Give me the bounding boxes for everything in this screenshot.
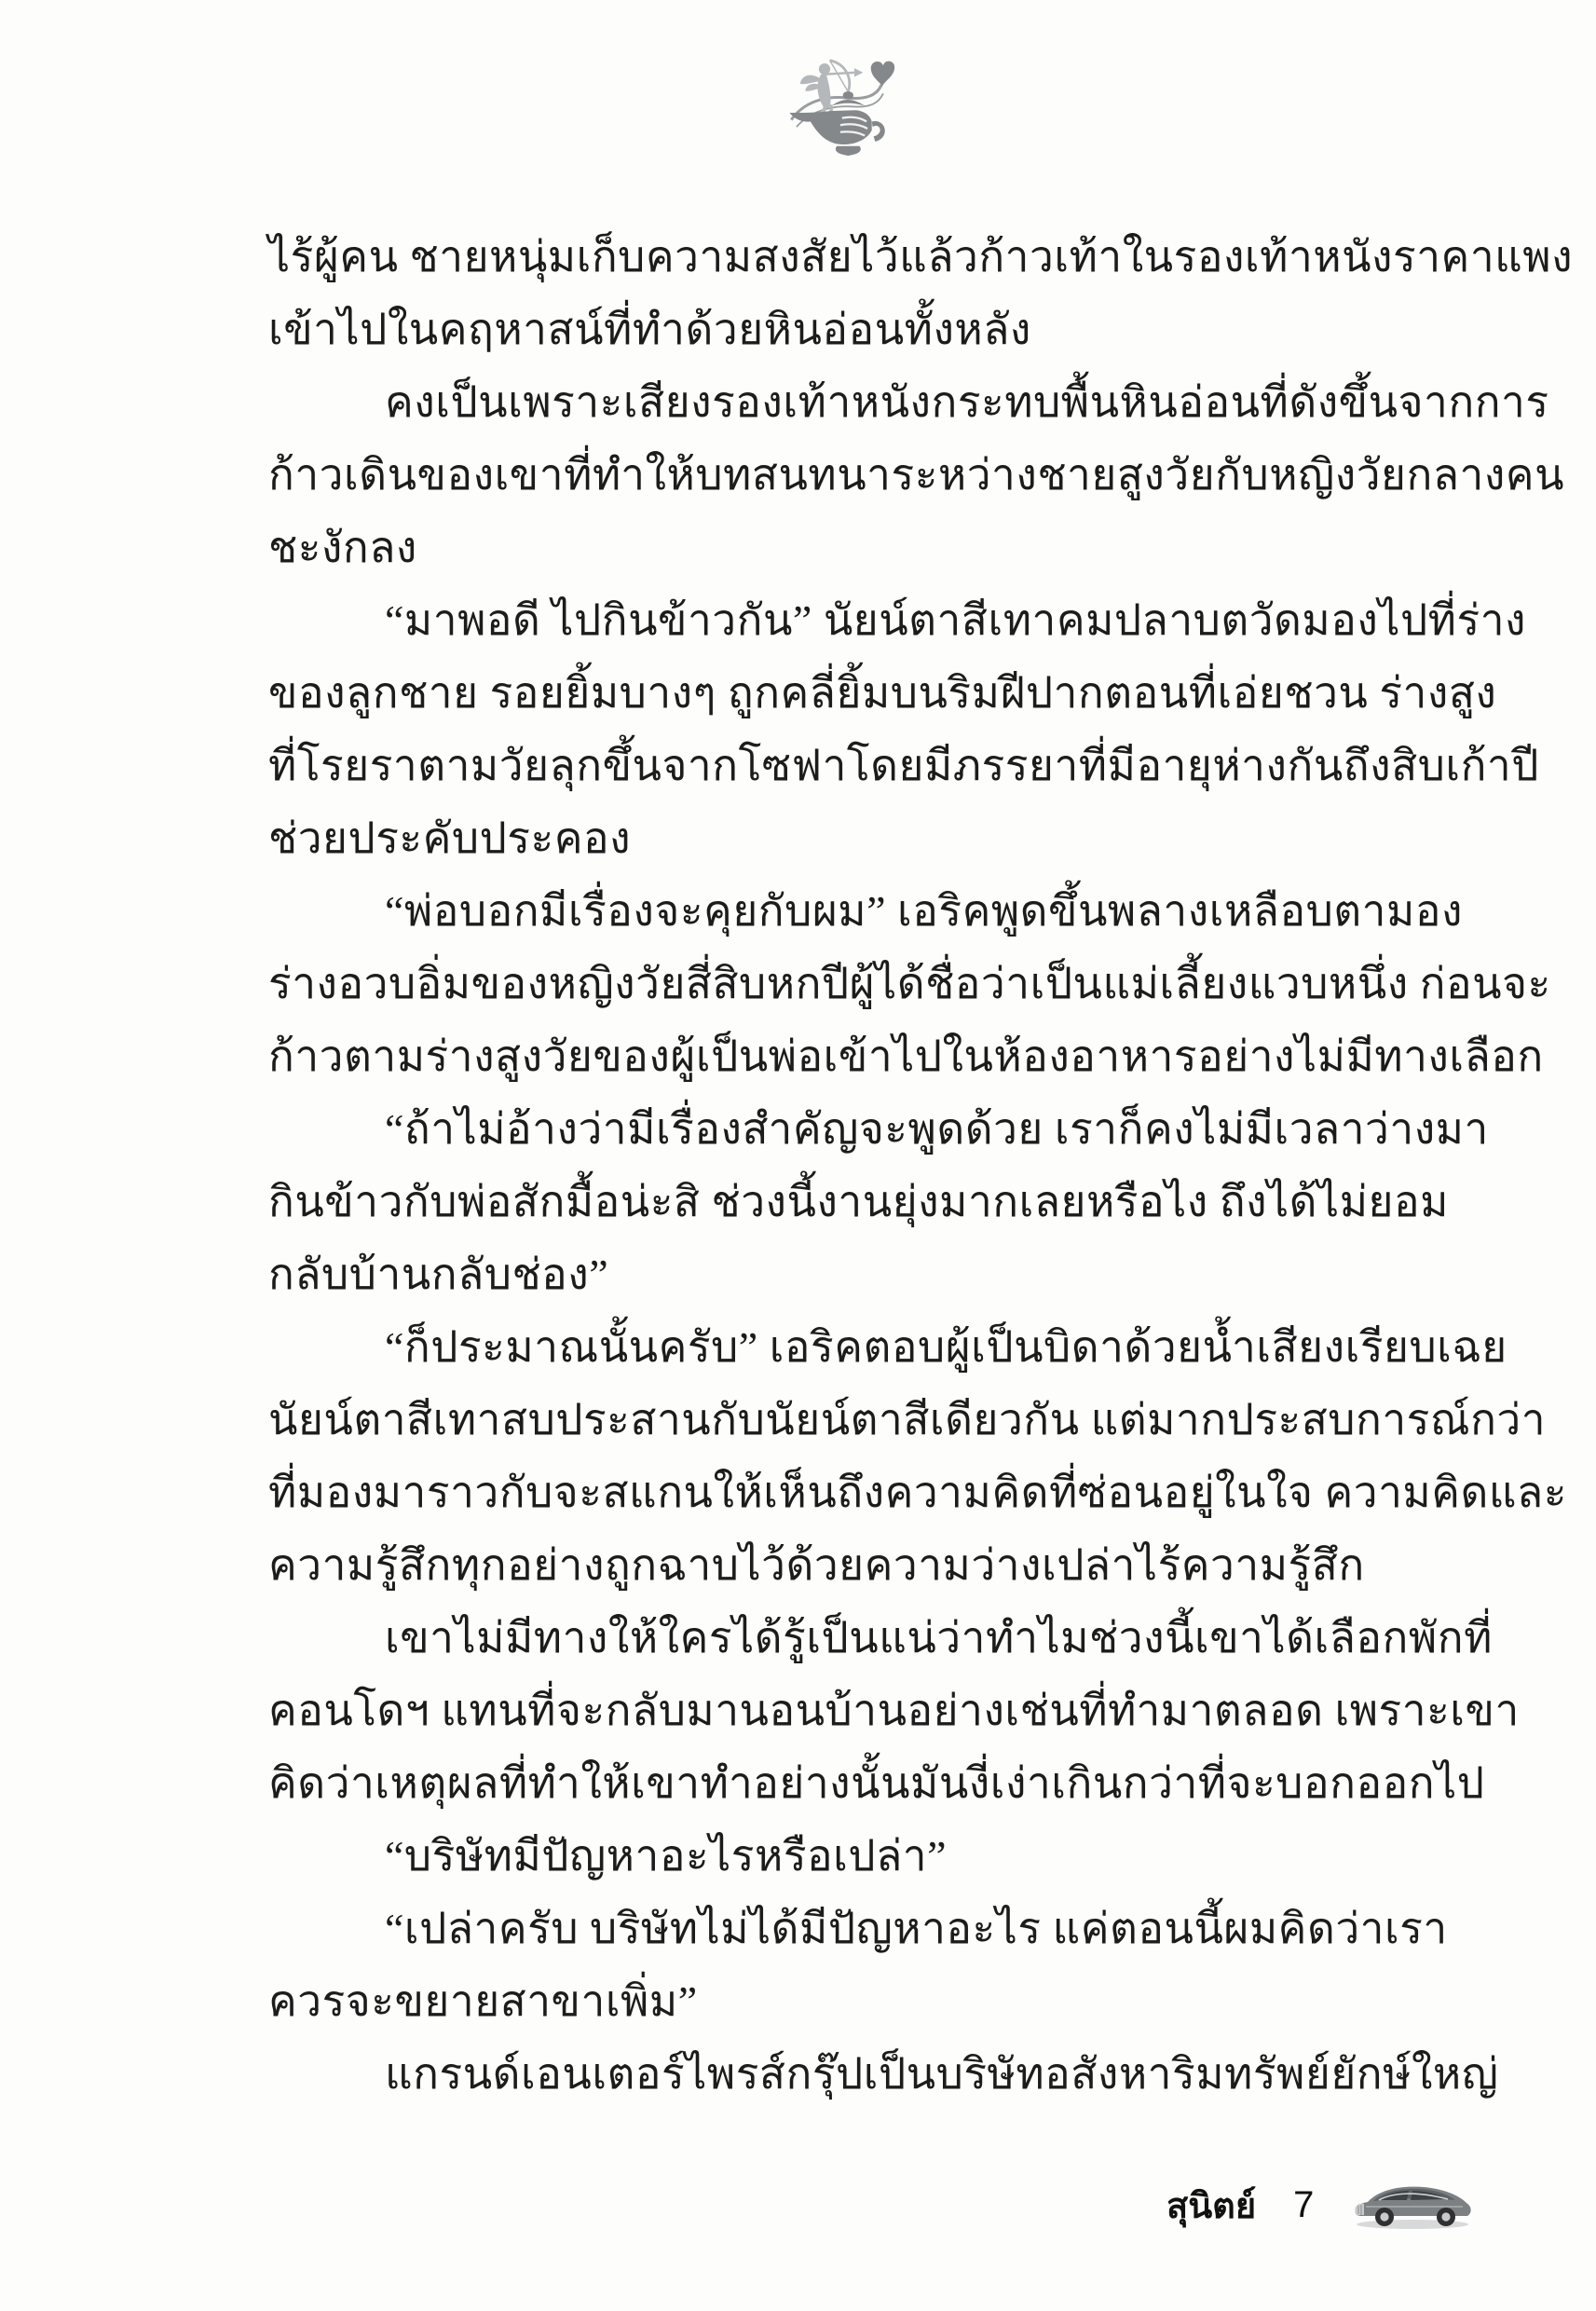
text-line: ไร้ผู้คน ชายหนุ่มเก็บความสงสัยไว้แล้วก้า… — [268, 221, 1444, 294]
body-text: ไร้ผู้คน ชายหนุ่มเก็บความสงสัยไว้แล้วก้า… — [268, 221, 1444, 2111]
text-line: คงเป็นเพราะเสียงรองเท้าหนังกระทบพื้นหินอ… — [268, 366, 1444, 439]
text-line: “เปล่าครับ บริษัทไม่ได้มีปัญหาอะไร แค่ตอ… — [268, 1893, 1444, 1965]
text-line: ที่โรยราตามวัยลุกขึ้นจากโซฟาโดยมีภรรยาที… — [268, 730, 1444, 802]
text-line: ก้าวตามร่างสูงวัยของผู้เป็นพ่อเข้าไปในห้… — [268, 1020, 1444, 1093]
text-line: ควรจะขยายสาขาเพิ่ม” — [268, 1965, 1444, 2038]
luxury-car-icon — [1351, 2178, 1474, 2232]
text-line: กลับบ้านกลับช่อง” — [268, 1238, 1444, 1311]
text-line: “พ่อบอกมีเรื่องจะคุยกับผม” เอริคพูดขึ้นพ… — [268, 875, 1444, 948]
text-line: ร่างอวบอิ่มของหญิงวัยสี่สิบหกปีผู้ได้ชื่… — [268, 948, 1444, 1020]
footer-author-name: สุนิตย์ — [1166, 2177, 1256, 2234]
cupid-lamp-ornament-icon — [781, 54, 896, 173]
text-line: คิดว่าเหตุผลที่ทำให้เขาทำอย่างนั้นมันงี่… — [268, 1747, 1444, 1820]
text-line: “มาพอดี ไปกินข้าวกัน” นัยน์ตาสีเทาคมปลาบ… — [268, 584, 1444, 657]
text-line: ชะงักลง — [268, 512, 1444, 584]
book-page: ไร้ผู้คน ชายหนุ่มเก็บความสงสัยไว้แล้วก้า… — [0, 0, 1596, 2311]
page-number: 7 — [1293, 2184, 1314, 2226]
text-line: “ก็ประมาณนั้นครับ” เอริคตอบผู้เป็นบิดาด้… — [268, 1311, 1444, 1384]
text-line: “ถ้าไม่อ้างว่ามีเรื่องสำคัญจะพูดด้วย เรา… — [268, 1093, 1444, 1166]
text-line: เข้าไปในคฤหาสน์ที่ทำด้วยหินอ่อนทั้งหลัง — [268, 294, 1444, 366]
text-line: แกรนด์เอนเตอร์ไพรส์กรุ๊ปเป็นบริษัทอสังหา… — [268, 2038, 1444, 2111]
text-line: นัยน์ตาสีเทาสบประสานกับนัยน์ตาสีเดียวกัน… — [268, 1384, 1444, 1456]
text-line: ของลูกชาย รอยยิ้มบางๆ ถูกคลี่ยิ้มบนริมฝี… — [268, 657, 1444, 730]
text-line: ที่มองมาราวกับจะสแกนให้เห็นถึงความคิดที่… — [268, 1456, 1444, 1529]
text-line: “บริษัทมีปัญหาอะไรหรือเปล่า” — [268, 1820, 1444, 1893]
text-line: กินข้าวกับพ่อสักมื้อน่ะสิ ช่วงนี้งานยุ่ง… — [268, 1166, 1444, 1238]
text-line: คอนโดฯ แทนที่จะกลับมานอนบ้านอย่างเช่นที่… — [268, 1675, 1444, 1747]
page-footer: สุนิตย์ 7 — [1166, 2171, 1474, 2238]
text-line: ก้าวเดินของเขาที่ทำให้บทสนทนาระหว่างชายส… — [268, 439, 1444, 512]
text-line: ช่วยประคับประคอง — [268, 802, 1444, 875]
text-line: เขาไม่มีทางให้ใครได้รู้เป็นแน่ว่าทำไมช่ว… — [268, 1602, 1444, 1675]
text-line: ความรู้สึกทุกอย่างถูกฉาบไว้ด้วยความว่างเ… — [268, 1529, 1444, 1602]
